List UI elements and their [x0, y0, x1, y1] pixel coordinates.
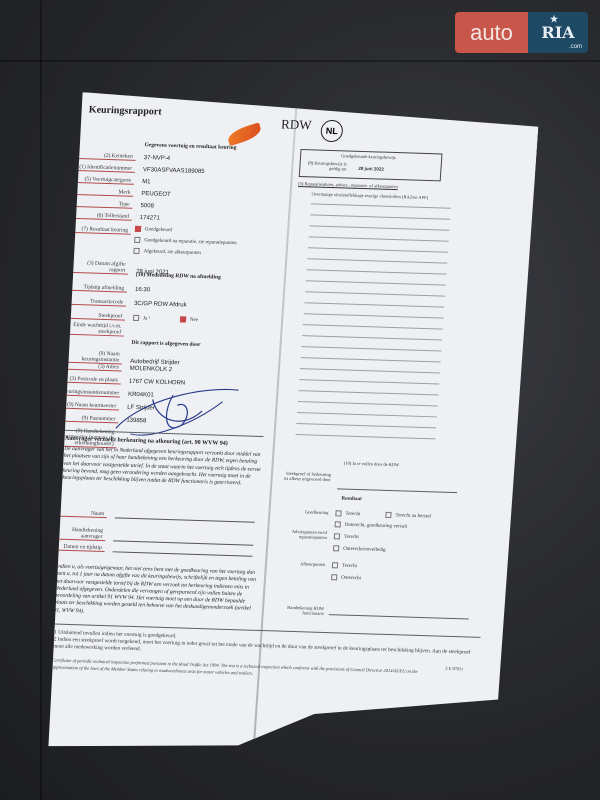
transaction-row: Transactiecode 3C/GP RDW Afdruk [68, 298, 187, 309]
field-label: (9) Pasnummer [60, 415, 118, 424]
form-code: 2 E 0701r [445, 666, 463, 672]
approval-options: TerechtTerecht na herstelOnterecht, goed… [78, 92, 540, 107]
field-label: (3) Postcode en plaats [63, 376, 121, 385]
repair-line [309, 225, 449, 230]
repair-line [304, 313, 444, 318]
checkbox [335, 510, 341, 516]
result-title: Resultaat [341, 496, 362, 502]
sample-yes: Ja ¹ [133, 315, 150, 322]
field-value: PEUGEOT [141, 191, 171, 198]
appeal-field-row: Datum en tijdstip [52, 543, 253, 556]
result-option-label: Goedgekeurd [145, 227, 172, 233]
repair-line [309, 236, 449, 241]
field-value: 37-NVP-4 [144, 155, 171, 162]
field-value: VF30ASFVAAS189085 [143, 167, 205, 175]
transaction-value: 3C/GP RDW Afdruk [134, 301, 187, 309]
field-value: 5008 [140, 203, 154, 209]
repair-line [299, 390, 439, 395]
field-label: (3) Adres [64, 363, 122, 372]
field-label: (2) Kenteken [78, 152, 136, 161]
advice-label: Adviespunten en/of reparatiepunten [277, 528, 328, 540]
checkbox [335, 521, 341, 527]
result-option: Afgekeurd, zie afkeurpunten [133, 248, 201, 256]
report-title: Keuringsrapport [88, 104, 161, 117]
vehicle-field-row: (6) Tellerstand174271 [74, 212, 160, 222]
field-label: Naam [54, 509, 107, 518]
repair-line [306, 280, 446, 285]
valid-value: 28 juni 2022 [358, 166, 384, 172]
rdw-option-label: Onterecht/onvolledig [343, 547, 386, 553]
repair-lines [78, 92, 540, 107]
input-line [113, 540, 253, 545]
repair-line [307, 258, 447, 263]
repair-line [298, 401, 438, 406]
sample-label: Steekproef [67, 312, 125, 321]
input-line [113, 551, 253, 556]
rdw-option-label: Terecht [342, 564, 357, 569]
repair-line [308, 247, 448, 252]
repair-line [301, 357, 441, 362]
rdw-option: Terecht [335, 510, 360, 517]
reject-options: TerechtOnterecht [78, 92, 540, 107]
checkbox [133, 315, 139, 321]
advice-options: TerechtOnterecht/onvolledig [78, 92, 540, 107]
appeal-field-row: Handtekening aanvrager [52, 526, 254, 545]
rdw-section-heading: (10) In te vullen door de RDW [344, 461, 400, 468]
checkbox [385, 512, 391, 518]
repair-line [296, 423, 436, 428]
repair-line [303, 324, 443, 329]
vehicle-fields: (2) Kenteken37-NVP-4(1) Identificatienum… [78, 92, 540, 107]
repair-line [302, 335, 442, 340]
field-label: (1) Identificatienummer [77, 164, 135, 173]
sample-row: Steekproef Ja ¹ Nee [67, 312, 198, 323]
checkbox-checked [180, 316, 186, 322]
other-header: Overmatige vloeistoflekkage overige vloe… [311, 191, 428, 200]
rdw-option: Onterecht/onvolledig [333, 545, 386, 553]
issued-fields: (9) Naam keuringsinstantieAutobedrijf St… [78, 92, 540, 107]
repair-line [301, 346, 441, 351]
input-line [115, 517, 255, 522]
seat-seam [0, 60, 600, 62]
sample-wait-row: Einde wachttijd i.v.m. steekproef [66, 322, 125, 337]
time-label: Tijdstip afmelding [69, 284, 127, 293]
field-value: 174271 [140, 215, 160, 222]
checkbox [333, 545, 339, 551]
field-value: M1 [142, 179, 151, 185]
result-label: (7) Resultaat keuring [73, 226, 131, 235]
repair-line [305, 291, 445, 296]
field-label: Datum en tijdstip [52, 543, 105, 552]
sample-done-line [337, 488, 457, 493]
repair-line [307, 269, 447, 274]
repair-line [296, 434, 436, 439]
field-label: (5) Voertuigcategorie [76, 176, 134, 185]
checkbox [134, 237, 140, 243]
field-value: MOLENKOLK 2 [130, 366, 173, 373]
time-value: 16:30 [135, 287, 150, 293]
result-option: Goedgekeurd [135, 226, 172, 233]
valid-header: Goedgekeurde keuringsbewijs [341, 153, 396, 160]
repair-header: (5) Reparatieadvies, advies-, reparatie-… [298, 181, 398, 189]
sample-no-label: Nee [190, 318, 198, 323]
certificate-text: Certificate of periodic technical inspec… [52, 657, 423, 682]
seat-seam [40, 0, 42, 800]
rdw-option-label: Terecht [345, 512, 360, 517]
repair-line [299, 379, 439, 384]
vehicle-field-row: (1) IdentificatienummerVF30ASFVAAS189085 [77, 164, 205, 175]
nl-country-badge: NL [320, 120, 343, 143]
rdw-option: Onterecht [331, 574, 361, 581]
rdw-option-label: Onterecht, goedkeuring vervalt [345, 523, 408, 530]
autoria-watermark: auto ★ RIA .com [455, 12, 588, 53]
rdw-option: Terecht [332, 562, 357, 569]
rdw-signature-line [329, 614, 469, 619]
field-label: (6) Tellerstand [74, 212, 132, 221]
valid-box: Goedgekeurde keuringsbewijs (8) Keurings… [299, 149, 443, 181]
section-vehicle-heading: Gegevens voertuig en resultaat keuring [144, 142, 236, 151]
sample-done-label: Steekproef of herkeuring na afkeur uitge… [281, 471, 332, 483]
rdw-option-label: Terecht [344, 535, 359, 540]
watermark-domain: .com [569, 44, 582, 50]
vehicle-field-row: MerkPEUGEOT [75, 188, 171, 198]
field-label: (9) Naam keurmeester [61, 402, 119, 411]
valid-label: (8) Keuringsbewijs is geldig tot [306, 160, 347, 171]
rdw-option: Terecht na herstel [385, 512, 431, 520]
rdw-signature-label: Handtekening RDW functionaris [280, 605, 325, 616]
result-option-label: Goedgekeurd na reparatie, zie reparatiep… [144, 238, 237, 246]
result-row: (7) Resultaat keuring [73, 226, 131, 235]
repair-line [297, 412, 437, 417]
inspection-report-paper: Keuringsrapport RDW NL Gegevens voertuig… [33, 92, 540, 780]
checkbox [331, 574, 337, 580]
result-options: GoedgekeurdGoedgekeurd na reparatie, zie… [78, 92, 540, 107]
result-option-label: Afgekeurd, zie afkeurpunten [143, 249, 201, 256]
section-issued-heading: Dit rapport is afgegeven door [131, 340, 200, 348]
checkbox [332, 562, 338, 568]
sample-wait-label: Einde wachttijd i.v.m. steekproef [66, 322, 125, 337]
vehicle-field-row: (2) Kenteken37-NVP-4 [78, 152, 171, 162]
checkbox [334, 533, 340, 539]
field-label: Type [74, 200, 132, 209]
repair-line [310, 214, 450, 219]
repair-line [304, 302, 444, 307]
sample-no: Nee [180, 316, 198, 323]
repair-line [300, 368, 440, 373]
appeal-field-row: Naam [54, 509, 255, 522]
checkbox-checked [135, 226, 141, 232]
watermark-ria: ★ RIA .com [528, 12, 588, 53]
field-label: Merk [75, 188, 133, 197]
issuer-name: RDW [281, 116, 312, 133]
rdw-option: Terecht [334, 533, 359, 540]
result-option: Goedgekeurd na reparatie, zie reparatiep… [134, 237, 237, 246]
appeal-text: De aanvrager van het in Nederland afgege… [62, 446, 264, 489]
approval-label: Goedkeuring [288, 509, 328, 515]
field-label: Keuringsinstantienummer [62, 389, 120, 398]
transaction-label: Transactiecode [68, 298, 126, 307]
rdw-option-label: Onterecht [341, 576, 361, 582]
vehicle-field-row: Type5008 [74, 200, 154, 209]
sample-yes-label: Ja ¹ [143, 316, 150, 321]
owner-text: Indien u, als voertuigeigenaar, het niet… [53, 564, 261, 621]
section-rdw-heading: (10) Mededeling RDW na afmelding [136, 272, 221, 281]
vehicle-field-row: (5) VoertuigcategorieM1 [76, 176, 151, 185]
rdw-option-label: Terecht na herstel [395, 513, 431, 519]
watermark-auto: auto [455, 12, 528, 53]
appeal-fields: NaamHandtekening aanvragerDatum en tijds… [78, 92, 540, 107]
watermark-ria-text: RIA [541, 23, 574, 42]
reject-label: Afkeurpunten [285, 561, 325, 567]
rdw-logo-icon [226, 122, 263, 146]
rdw-option: Onterecht, goedkeuring vervalt [335, 521, 408, 529]
time-row: Tijdstip afmelding 16:30 [69, 284, 150, 294]
field-label: Handtekening aanvrager [52, 526, 106, 541]
checkbox [133, 248, 139, 254]
repair-line [311, 203, 451, 208]
date-label: (3) Datum afgifte rapport [70, 260, 129, 275]
star-icon: ★ [550, 15, 558, 25]
